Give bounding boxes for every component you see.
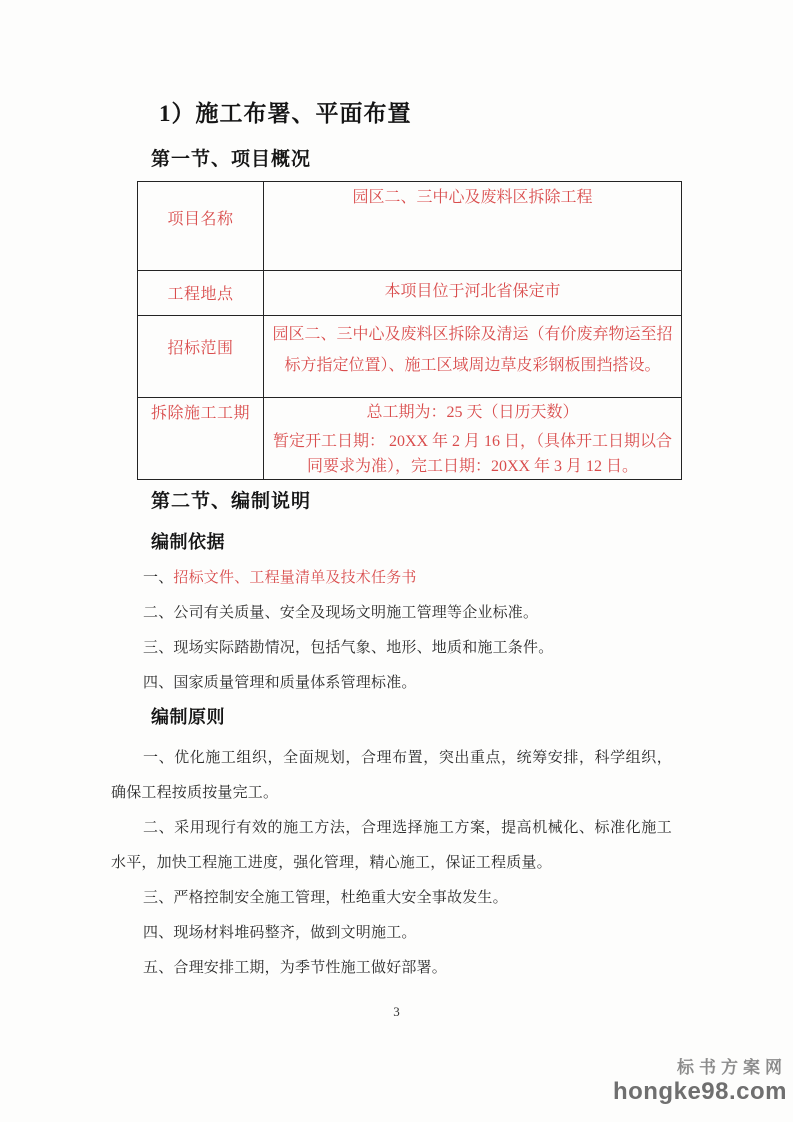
item-text: 招标文件、工程量清单及技术任务书 (173, 570, 416, 586)
cell-label-duration: 拆除施工工期 (138, 398, 264, 480)
principles-list: 一、优化施工组织，全面规划，合理布置，突出重点，统筹安排，科学组织，确保工程按质… (111, 741, 672, 986)
list-item: 四、国家质量管理和质量体系管理标准。 (111, 666, 672, 701)
document-page: 1）施工布署、平面布置 第一节、项目概况 项目名称 园区二、三中心及废料区拆除工… (0, 0, 793, 1122)
item-number: 一、 (143, 570, 173, 586)
item-text: 国家质量管理和质量体系管理标准。 (173, 675, 416, 691)
cell-value-duration: 总工期为：25 天（日历天数） 暂定开工日期： 20XX 年 2 月 16 日，… (264, 398, 682, 480)
paragraph: 三、严格控制安全施工管理，杜绝重大安全事故发生。 (111, 881, 672, 916)
list-item: 二、公司有关质量、安全及现场文明施工管理等企业标准。 (111, 596, 672, 631)
project-overview-table: 项目名称 园区二、三中心及废料区拆除工程 工程地点 本项目位于河北省保定市 招标… (137, 181, 682, 480)
list-item: 一、招标文件、工程量清单及技术任务书 (111, 561, 672, 596)
cell-label-project-name: 项目名称 (138, 182, 264, 271)
table-row: 拆除施工工期 总工期为：25 天（日历天数） 暂定开工日期： 20XX 年 2 … (138, 398, 682, 480)
list-item: 三、现场实际踏勘情况，包括气象、地形、地质和施工条件。 (111, 631, 672, 666)
doc-title: 1）施工布署、平面布置 (159, 95, 412, 128)
cell-label-bid-scope: 招标范围 (138, 316, 264, 398)
cell-value-project-name: 园区二、三中心及废料区拆除工程 (264, 182, 682, 271)
section-heading-1: 第一节、项目概况 (151, 144, 311, 171)
basis-heading: 编制依据 (151, 528, 225, 554)
cell-value-location: 本项目位于河北省保定市 (264, 271, 682, 316)
watermark-domain: hongke98.com (613, 1078, 787, 1106)
paragraph: 四、现场材料堆码整齐，做到文明施工。 (111, 916, 672, 951)
table-row: 工程地点 本项目位于河北省保定市 (138, 271, 682, 316)
cell-value-bid-scope: 园区二、三中心及废料区拆除及清运（有价废弃物运至招标方指定位置）、施工区域周边草… (264, 316, 682, 398)
table-row: 项目名称 园区二、三中心及废料区拆除工程 (138, 182, 682, 271)
principles-heading: 编制原则 (151, 703, 225, 729)
item-number: 二、 (143, 605, 173, 621)
table-row: 招标范围 园区二、三中心及废料区拆除及清运（有价废弃物运至招标方指定位置）、施工… (138, 316, 682, 398)
watermark: 标书方案网 hongke98.com (613, 1058, 787, 1105)
watermark-site-name: 标书方案网 (613, 1058, 787, 1078)
duration-total: 总工期为：25 天（日历天数） (267, 400, 678, 425)
item-text: 现场实际踏勘情况，包括气象、地形、地质和施工条件。 (173, 640, 553, 656)
item-number: 三、 (143, 640, 173, 656)
section-heading-2: 第二节、编制说明 (151, 486, 311, 513)
duration-dates: 暂定开工日期： 20XX 年 2 月 16 日，（具体开工日期以合同要求为准），… (267, 429, 678, 479)
paragraph: 二、采用现行有效的施工方法，合理选择施工方案，提高机械化、标准化施工水平，加快工… (111, 811, 672, 881)
item-text: 公司有关质量、安全及现场文明施工管理等企业标准。 (173, 605, 538, 621)
basis-list: 一、招标文件、工程量清单及技术任务书 二、公司有关质量、安全及现场文明施工管理等… (111, 561, 672, 701)
page-number: 3 (0, 1004, 793, 1020)
item-number: 四、 (143, 675, 173, 691)
paragraph: 一、优化施工组织，全面规划，合理布置，突出重点，统筹安排，科学组织，确保工程按质… (111, 741, 672, 811)
cell-label-location: 工程地点 (138, 271, 264, 316)
paragraph: 五、合理安排工期，为季节性施工做好部署。 (111, 951, 672, 986)
